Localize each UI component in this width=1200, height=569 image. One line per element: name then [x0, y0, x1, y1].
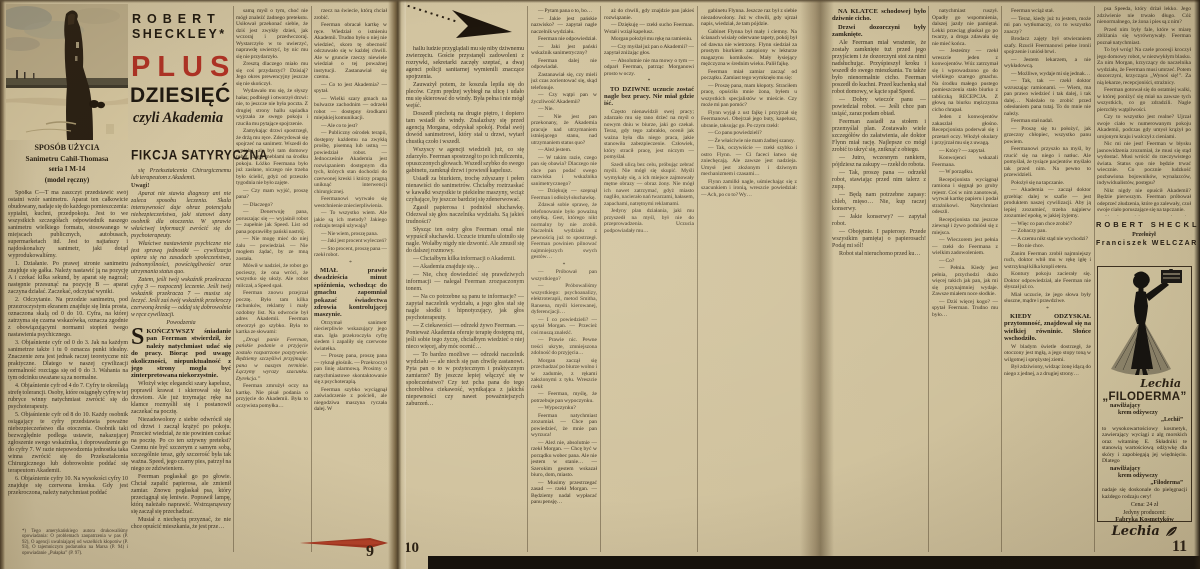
paragraph: — Jaki jest pański wskaźnik sanimetryczn…	[531, 44, 597, 57]
paragraph: się Przekształcenia Chirurgicznemu lub t…	[131, 168, 231, 182]
story-column-9b: się Przekształcenia Chirurgicznemu lub t…	[131, 168, 231, 556]
paragraph: Zresztą dlaczego miało mu się coś przyda…	[236, 61, 308, 87]
paragraph: Wydawało mu się, że słyszy hałas; podbie…	[236, 88, 308, 127]
story-column-9c: samą myśl o tym, choć nie mógł znaleźć ż…	[236, 8, 308, 528]
scan-right-edge	[1194, 0, 1200, 569]
paragraph: Zgasił papierosa i podniósł słuchawkę. O…	[406, 205, 524, 226]
paragraph: TO DZIWNE uczucie zostać nagle bez pracy…	[604, 86, 694, 108]
story-column-11-2: natychmiast ruszył. Opadły go wspomnieni…	[932, 8, 998, 552]
paragraph: 3. Objaśnienie cyfr od 0 do 3. Jak na ka…	[8, 340, 128, 382]
paragraph: Nikt nigdy nie opuścił Akademii? Będzie …	[1097, 188, 1191, 214]
magazine-spread-scan: ROBERT SHECKLEY* PLUS DZIESIĘĆ czyli Aka…	[0, 0, 1200, 569]
paragraph: — I co powiedzieli? — spytał Morgan. — P…	[531, 317, 597, 337]
credit-translator: Franciszek WELCZAR	[1096, 240, 1192, 247]
ad-producer-name: Fabryka Kosmetyków	[1102, 516, 1187, 523]
paragraph: 6. Objaśnienie cyfry 10. Na wysokości cy…	[8, 476, 128, 497]
paragraph: *	[604, 78, 694, 85]
paragraph: hallu ludzie przyglądali mu się niby dzi…	[406, 46, 524, 81]
paragraph: — Pełnia. Kiedy jest pełnia, przychodzi …	[932, 265, 998, 298]
paragraph: — Ależ nie, absolutnie — rzekł Morgan. —…	[531, 440, 597, 479]
usage-heading-4: (model ręczny)	[6, 176, 128, 184]
paragraph: 2. Odczytanie. Na przodzie sanimetru, po…	[8, 297, 128, 339]
paragraph: 5. Objaśnienie cyfr od 8 do 10. Każdy os…	[8, 412, 128, 475]
paragraph: Drzwi dozorczyni były zamknięte.	[832, 24, 926, 39]
paragraph: — Chciałbym kilka informacji o Akademii.	[406, 256, 524, 263]
paragraph: MIAŁ prawie dwadzieścia minut spóźnienia…	[314, 267, 387, 319]
paragraph: rzecz na świecie, którą chciał zrobić.	[314, 8, 387, 21]
column-rule	[928, 6, 929, 552]
paragraph: — Musimy przestrzegać zasad — rzekł Morg…	[531, 480, 597, 506]
ad-subline-4: nawilżający	[1102, 466, 1187, 473]
paragraph: Feerman stał nadal.	[1004, 118, 1091, 125]
paragraph: Jedyny plan działania, jaki mu przyszedł…	[604, 208, 694, 234]
story-column-9d: rzecz na świecie, którą chciał zrobić.Fe…	[314, 8, 387, 532]
paragraph: Doszedł piechotą na drugie piętro, i dop…	[406, 111, 524, 146]
paragraph: — Nie, chcę dowiedzieć się prawdziwych i…	[406, 272, 524, 293]
paragraph: — Jaki jest procent wyleczeń?	[314, 238, 387, 245]
paragraph: — Nie jest pan przekonany, że Akademia p…	[531, 114, 597, 147]
scan-top-edge	[0, 0, 1200, 3]
paragraph: — Absolutnie nie ma mowy o tym — odparł …	[604, 58, 694, 78]
ad-body-text: to wysokowartościowy kosmetyk, zawierają…	[1102, 426, 1187, 464]
page-number-9: 9	[366, 543, 374, 561]
paragraph: Zamykając drzwi spostrzegł, że drżą mu r…	[236, 128, 308, 187]
paragraph: — Tak, tak — rzekł doktor wzruszając ram…	[1004, 78, 1091, 117]
story-column-10-1: hallu ludzie przyglądali mu się niby dzi…	[406, 46, 524, 552]
paragraph: To był wróg! Na czele procesji kroczył j…	[1097, 47, 1191, 86]
paragraph: — W porządku.	[932, 169, 998, 176]
paragraph: Był zdziwiony, widząc żonę idącą do nieg…	[1004, 364, 1091, 377]
paragraph: — Dobry wieczór panu — powiedział robot.…	[832, 97, 926, 118]
paragraph: Feerman nie odpowiedział.	[531, 36, 597, 43]
lechia-logo-text: Lechia	[1112, 524, 1160, 539]
paragraph: — Jutro, wczesnym rankiem, pójdziesz na …	[832, 155, 926, 169]
continuation-arrow-icon	[400, 2, 516, 46]
story-column-11-1: NA KLATCE schodowej było dziwnie cicho.D…	[832, 8, 926, 552]
author-byline: ROBERT SHECKLEY*	[132, 12, 236, 42]
usage-heading-2: Sanimetru Cahil-Thomasa	[6, 154, 128, 163]
paragraph: Zatem, jeśli twój wskaźnik przekracza cy…	[131, 277, 231, 319]
red-pointer-icon	[300, 534, 388, 552]
translator-footnote: *) Tego amerykańskiego autora drukowaliś…	[12, 529, 128, 556]
paragraph: — Próbowaliśmy wszystkiego: psychoanaliz…	[531, 283, 597, 316]
paragraph: Recepcjonista raz jeszcze ziewnął i żywo…	[932, 217, 998, 237]
author-byline-line1: ROBERT	[132, 12, 236, 27]
paragraph: Spółka C—T ma zaszczyt przedstawić swój …	[8, 190, 128, 260]
paragraph: Zdawał sobie sprawę, że telefonowanie by…	[531, 202, 597, 261]
paragraph: Feerman gotował się do ostatniej walki, …	[1097, 87, 1191, 113]
paragraph: — Jakie jest pańskie nazwisko? — zapytał…	[531, 16, 597, 36]
beach-illustration	[6, 4, 128, 140]
paragraph: — Jesteśmy — rzekł wreszcie jeden z konw…	[932, 48, 998, 113]
usage-instructions-column: Spółka C—T ma zaszczyt przedstawić swój …	[8, 190, 128, 526]
ad-product-name: „FILODERMA”	[1102, 391, 1187, 403]
paragraph: Robot stał nieruchomo przed ku…	[832, 251, 926, 258]
paragraph: — Co to jest Akademia? — spytał.	[314, 82, 387, 95]
paragraph: KIEDY ODZYSKAŁ przytomność, znajdował si…	[1004, 313, 1091, 343]
paragraph: Powodzenia	[131, 320, 231, 327]
paragraph: — Ależ jestem.	[531, 147, 597, 154]
paragraph: — Że właściwie nie mam żadnej szansy.	[701, 138, 797, 145]
paragraph: Otrzymał sanimetr niecierpliwie wskazują…	[314, 320, 387, 353]
paragraph: Feerman szybko wyciągnął zaświadczenie z…	[314, 387, 387, 413]
ad-subline-2: krem odżywczy	[1102, 410, 1187, 417]
paragraph: Właściwe nastawienie psychiczne nie jest…	[131, 241, 231, 276]
paragraph: 4. Objaśnienie cyfr od 4 do 7. Cyfry te …	[8, 383, 128, 411]
paragraph: — Dziękuję — rzekł sucho Feerman. Wstał …	[604, 22, 694, 35]
paragraph: — Feerman, myślę, że potrzebuje pan wypo…	[531, 391, 597, 404]
ad-subline-5: krem odżywczy	[1102, 473, 1187, 480]
paragraph: — Akademia — zaczął doktor grzebiąc dale…	[1004, 187, 1091, 220]
paragraph: — Wielki szary gmach na bulwarze zachodn…	[314, 96, 387, 122]
paragraph: — Próbował pan wszystkiego?	[531, 269, 597, 282]
column-rule	[1001, 6, 1002, 552]
paragraph: Feermanowi przyszło na myśl, by rzucić s…	[1004, 146, 1091, 179]
story-column-10-3: aż do chwili, gdy znajdzie pan jakieś ro…	[604, 8, 694, 552]
paragraph: Brodacz zajęty był otwieraniem szafy. Rz…	[1004, 36, 1091, 56]
story-column-10-4: gabinetu Flynna. Jeszcze raz był z siebi…	[701, 8, 797, 552]
paragraph: Feerman wciąż stał.	[1004, 8, 1091, 15]
paragraph: Wszyscy w agencji wiedzieli już, co się …	[406, 147, 524, 175]
paragraph: — W takim razie, czego pan się obawia? D…	[531, 155, 597, 188]
paragraph: Nic mi nie jest! Feerman w błysku jasnow…	[1097, 141, 1191, 187]
usage-heading-1: SPOSÓB UŻYCIA	[6, 143, 128, 152]
paragraph: — To bardzo możliwe — odrzekł naczelnik …	[406, 352, 524, 408]
paragraph: Musiał z niechęcią przyznać, że nie chce…	[131, 517, 231, 531]
paragraph: Ale żona ujęła go za rękę, pies szczekną…	[1097, 215, 1191, 217]
paragraph: Feerman zasiadł za stołem i przemyślał p…	[832, 119, 926, 154]
page-number-10: 10	[404, 540, 419, 557]
title-dziesiec: DZIESIĘĆ	[130, 84, 231, 108]
column-rule	[1094, 6, 1095, 552]
paragraph: *	[314, 260, 387, 267]
paragraph: Zastanawiał się, czy mieli już czas zori…	[531, 72, 597, 92]
story-column-11-4: psa Speeda, który drżał lekko. Jego zdzi…	[1097, 6, 1191, 216]
author-byline-line2: SHECKLEY*	[132, 27, 236, 42]
paragraph: — Proszę się tu położyć, jak grzeczny ch…	[1004, 126, 1091, 146]
ad-subline-3: „Lechii”	[1102, 417, 1187, 424]
paragraph: — Proszę pana, proszę pana — ryknął głoś…	[314, 353, 387, 386]
paragraph: Konwojenci wskazali Feermana.	[932, 155, 998, 168]
paragraph: Szedł ulicą bez celu, próbując zebrać my…	[604, 162, 694, 208]
paragraph: — Możliwe, wydaje mi się jednak…	[1004, 71, 1091, 78]
paragraph: — Dlaczego?	[236, 202, 308, 209]
lechia-logo: Lechia	[1104, 524, 1186, 539]
paragraph: Flynn zamilkł nagle, uśmiechając się z s…	[701, 179, 797, 199]
paragraph: Zanim Feerman zrobił najmniejszy ruch, d…	[1004, 251, 1091, 271]
scan-bottom-edge	[428, 556, 1200, 569]
ad-subline-1: nawilżający	[1102, 403, 1187, 410]
paragraph: gabinetu Flynna. Jeszcze raz był z siebi…	[701, 8, 797, 28]
paragraph: „Drogi panie Feerman, pańskie podanie o …	[236, 337, 308, 383]
paragraph: — A czemu nikt stąd nie wychodzi?	[1004, 236, 1091, 243]
paragraph: samą myśl o tym, choć nie mógł znaleźć ż…	[236, 8, 308, 60]
paragraph: — Dziś więcej kogo? — spytał Feerman. Tr…	[932, 299, 998, 319]
page-gutter-shadow	[388, 0, 406, 569]
paragraph: Gabinet Flynna był mały i ciemny. Na ści…	[701, 29, 797, 68]
center-fold-shadow	[800, 0, 834, 569]
beach-illustration-svg	[6, 4, 128, 140]
paragraph: Feerman dalej nie odpowiadał.	[531, 58, 597, 71]
paragraph: psa Speeda, który drżał lekko. Jego zdzi…	[1097, 6, 1191, 26]
paragraph: — Akademia znajduje się…	[406, 264, 524, 271]
story-column-11-3: Feerman wciąż stał.— Teraz, kiedy już tu…	[1004, 8, 1091, 552]
story-credits: ROBERT SHECKLEY Przełożył Franciszek WEL…	[1096, 220, 1192, 247]
paragraph: — Czy wątpi pan w życzliwość Akademii?	[531, 92, 597, 105]
paragraph: — Czy myślał już pan o Akademii? — zapyt…	[604, 44, 694, 57]
paragraph: Usiadł za biurkiem, trochę zdyszany i pe…	[406, 176, 524, 204]
ad-tail-text: nadaje się doskonale do pielęgnacji każd…	[1102, 487, 1187, 500]
paragraph: — Nie.	[531, 106, 597, 113]
paragraph: Feerman pogłaskał go po głowie. Chciał z…	[131, 474, 231, 516]
title-plus: PLUS	[131, 52, 236, 82]
paragraph: — Na co potrzebne są panu te informacje?…	[406, 294, 524, 322]
paragraph: Flynn wyjął z ust fajkę i przyjrzał się …	[701, 110, 797, 130]
paragraph: Ale Feerman miał wrażenie, że zostały za…	[832, 40, 926, 96]
paragraph: — Obojętnie. I papierosy. Przede wszystk…	[832, 229, 926, 250]
paragraph: Feermanowi wyrwało się westchnienie znie…	[314, 196, 387, 209]
paragraph: Morgan położył mu rękę na ramieniu.	[604, 36, 694, 43]
paragraph: — Pytam pana o to, bo…	[531, 8, 597, 15]
paragraph: NA KLATCE schodowej było dziwnie cicho.	[832, 8, 926, 23]
paragraph: — Co panu powiedzieli?	[701, 130, 797, 137]
paragraph: Feerman znowu przejrzał pocztę. Było tam…	[236, 290, 308, 336]
paragraph: — Nie wiem, proszę pana.	[314, 231, 387, 238]
paragraph: — Czy mam wyjść, proszę pana?	[236, 188, 308, 201]
paragraph: — Wieczorem jest pełnia — rzekł do Feerm…	[932, 237, 998, 257]
paragraph: — Teraz, kiedy już tu jestem, może mi pa…	[1004, 16, 1091, 36]
paragraph: — Co?	[932, 258, 998, 265]
leaf-icon	[1164, 526, 1178, 538]
paragraph: Kontury pokoju zacierały się. Doktor odp…	[1004, 271, 1091, 291]
column-rule	[311, 6, 312, 552]
column-rule	[527, 6, 528, 552]
paragraph: — To wszystko wiem. Ale jakie są ich met…	[314, 210, 387, 230]
credit-author: ROBERT SHECKLEY	[1096, 220, 1192, 229]
paragraph: Przed nim były fale, które w miarę zbliż…	[1097, 27, 1191, 47]
paragraph: — Zobaczy pan.	[1004, 228, 1091, 235]
ad-brand-script: Lechia	[1102, 377, 1187, 390]
paragraph: — Ale co to jest?	[314, 123, 387, 130]
paragraph: — Jakie konserwy? — zapytał robot.	[832, 214, 926, 228]
paragraph: aż do chwili, gdy znajdzie pan jakieś ro…	[604, 8, 694, 21]
credit-translated-label: Przełożył	[1096, 232, 1192, 238]
paragraph: Zauważył potem, że koszula lepiła się do…	[406, 82, 524, 110]
paragraph: — Jestem lekarzem, a nie wykładowcą.	[1004, 57, 1091, 70]
page-number-11: 11	[1172, 538, 1187, 556]
title-subtitle: czyli Akademia	[133, 110, 223, 127]
paragraph: Feerman zmrużył oczy na kartkę. Nie pisa…	[236, 383, 308, 409]
ad-price: Cena: 24 zł	[1102, 502, 1187, 508]
paragraph: — Tak, oczywiście — rzekł szybko i ostro…	[701, 145, 797, 178]
paragraph: 1. Działanie. Po prawej stronie sanimetr…	[8, 261, 128, 296]
paragraph: — Nie mogę mieć do niej żalu — powiedzia…	[236, 236, 308, 262]
paragraph: — Więc co pan chce zrobić?	[1004, 221, 1091, 228]
paragraph: Słysząc ten ostry głos Feerman omal nie …	[406, 227, 524, 255]
filoderma-advertisement: Lechia „FILODERMA” nawilżający krem odży…	[1097, 266, 1192, 522]
paragraph: — Bo nie chce.	[1004, 243, 1091, 250]
paragraph: — Tak, proszę pana — odrzekł robot, staw…	[832, 170, 926, 191]
paragraph: Miał uczucie, że jego słowa były słuszne…	[1004, 292, 1091, 305]
paragraph: natychmiast ruszył. Opadły go wspomnieni…	[932, 8, 998, 47]
woman-silhouette-graphic	[1103, 269, 1187, 377]
paragraph: Mówił w nadziei, że robot go pocieszy, ż…	[236, 263, 308, 289]
paragraph: — Proszę pana, mam kłopoty. Straciłem pr…	[701, 83, 797, 109]
paragraph: — Wypoczynku?	[531, 405, 597, 412]
paragraph: SKOŃCZYWSZY śniadanie pan Feerman stwier…	[131, 328, 231, 380]
paragraph: Uwagi!	[131, 183, 231, 190]
paragraph: *	[531, 262, 597, 269]
column-rule	[697, 6, 698, 552]
paragraph: Włożył więc elegancki szary kapelusz, po…	[131, 381, 231, 416]
paragraph: Jeden z konwojentów zakaszlał głośno. Re…	[932, 114, 998, 147]
story-column-10-2: — Pytam pana o to, bo…— Jakie jest pańsk…	[531, 8, 597, 552]
paragraph: Czy to wszystko jest realne? Ujrzał swoj…	[1097, 114, 1191, 140]
paragraph: Morgan zaczął się przechadzać po biurze …	[531, 358, 597, 391]
paragraph: — Dziękuję — szepnął Feerman i odłożył s…	[531, 188, 597, 201]
paragraph: Często nienawidził swej pracy; zdarzało …	[604, 109, 694, 161]
paragraph: Aparat nie stawia diagnozy ani nie zalec…	[131, 191, 231, 240]
paragraph: — Sto procent, proszę pana — rzekł robot…	[314, 246, 387, 259]
paragraph: *	[1004, 306, 1091, 313]
paragraph: W bladym świetle dostrzegł, że otoczony …	[1004, 344, 1091, 364]
paragraph: — Który? — zapytał.	[932, 148, 998, 155]
paragraph: Recepcjonista wyciągnął ramiona i sięgną…	[932, 177, 998, 216]
paragraph: Feerman natychmiast zrozumiał. — Chce pa…	[531, 413, 597, 439]
column-rule	[600, 6, 601, 552]
ad-subline-6: „Filoderma”	[1102, 480, 1187, 487]
paragraph: Feerman obracał kartkę w ręce. Wiedział …	[314, 22, 387, 81]
paragraph: Niezadowolony z siebie odwrócił się od d…	[131, 417, 231, 473]
paragraph: — Denerwuję pana, poruszając się — wyjaś…	[236, 209, 308, 235]
column-rule	[233, 6, 234, 552]
paragraph: Feerman miał zamiar zacząć od początku. …	[701, 69, 797, 82]
paragraph: — Będą nam potrzebne zapasy: chleb, mięs…	[832, 192, 926, 213]
scan-left-edge	[0, 0, 5, 569]
paragraph: — Prawie nic. Pewne treści ukryte, zmnie…	[531, 337, 597, 357]
paragraph: Położył się na tapczanie.	[1004, 180, 1091, 187]
paragraph: — Z ciekawości — odrzekł żywo Feerman. —…	[406, 323, 524, 351]
paragraph: — Publiczny ośrodek terapii, dostępny ka…	[314, 130, 387, 195]
usage-heading-3: seria I M-14	[6, 165, 128, 173]
